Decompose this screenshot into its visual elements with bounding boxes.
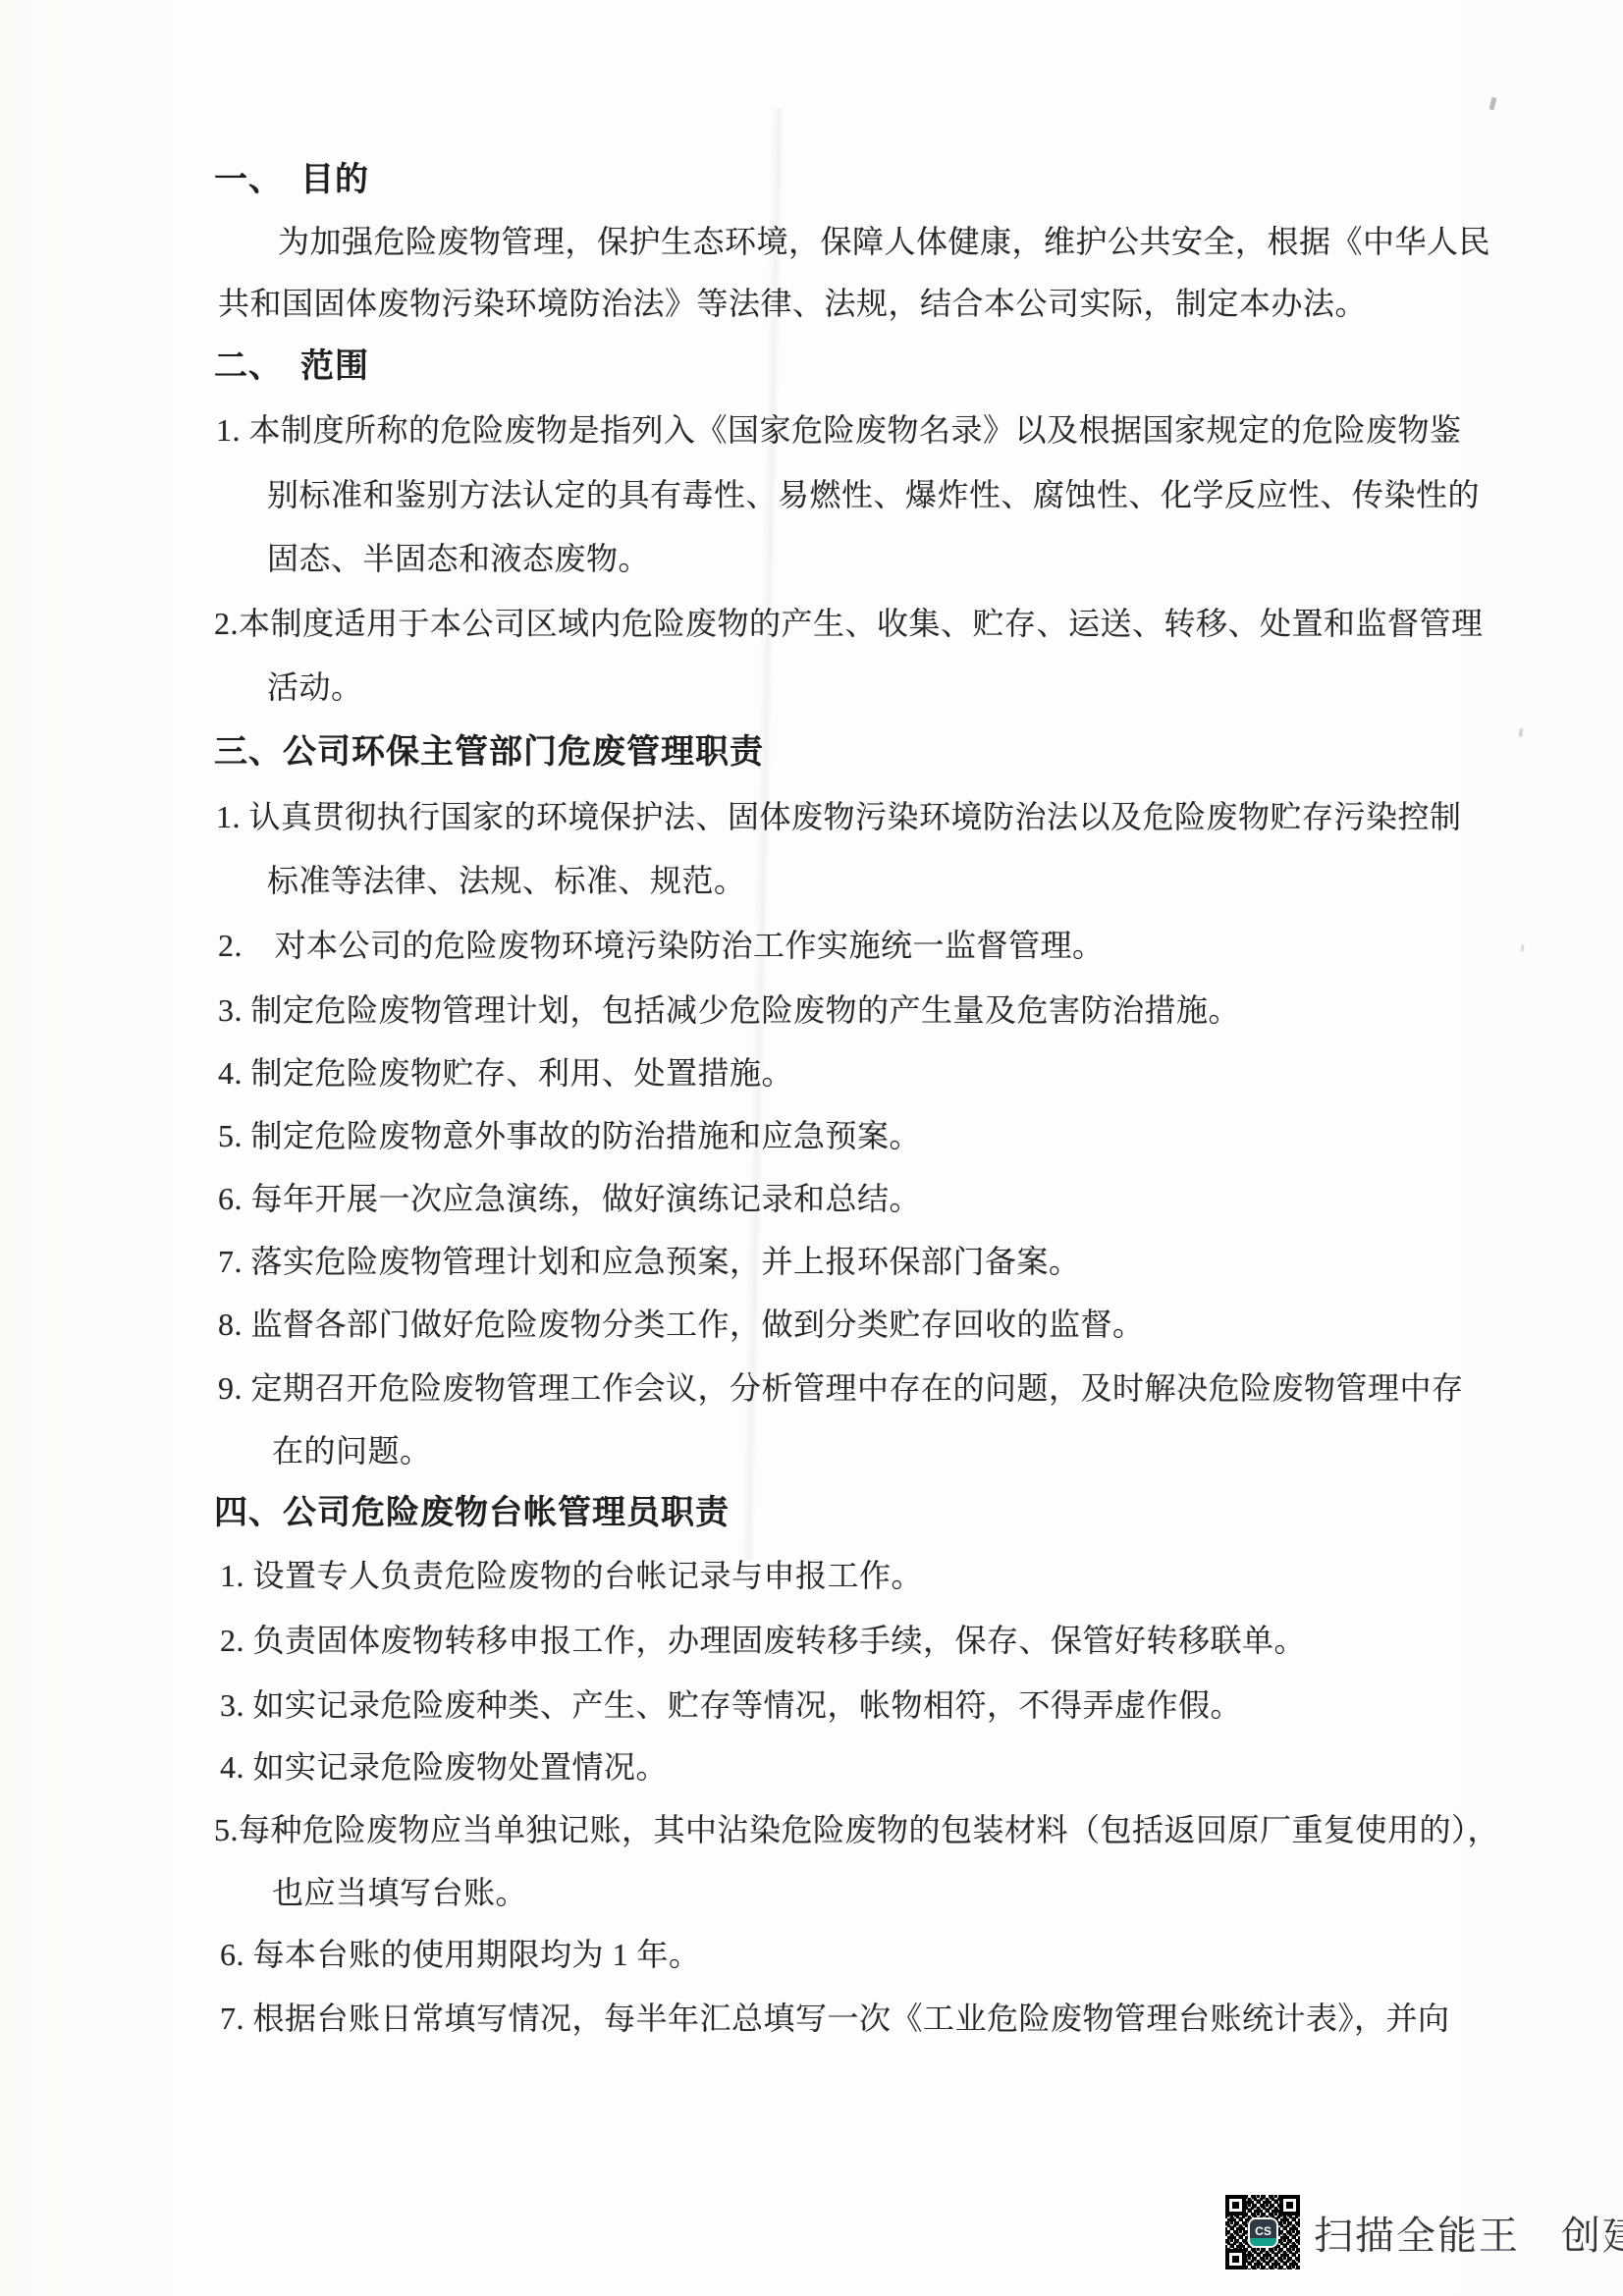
scan-speck (1520, 944, 1524, 952)
section-heading: 一、 目的 (214, 158, 369, 201)
text-line: 在的问题。 (272, 1429, 432, 1472)
text-line: 2.本制度适用于本公司区域内危险废物的产生、收集、贮存、运送、转移、处置和监督管… (214, 602, 1484, 645)
text-line: 别标准和鉴别方法认定的具有毒性、易燃性、爆炸性、腐蚀性、化学反应性、传染性的 (267, 473, 1480, 516)
scanner-footer: CS 扫描全能王 创建 (1225, 2195, 1623, 2269)
scanned-page: 一、 目的为加强危险废物管理，保护生态环境，保障人体健康，维护公共安全，根据《中… (0, 0, 1623, 2296)
text-line: 固态、半固态和液态废物。 (267, 537, 650, 580)
text-line: 1. 设置专人负责危险废物的台帐记录与申报工作。 (220, 1554, 923, 1597)
section-heading: 三、公司环保主管部门危废管理职责 (214, 730, 764, 774)
qr-finder-icon (1225, 2249, 1246, 2269)
camscanner-logo-text: CS (1255, 2224, 1271, 2238)
qr-finder-core (1286, 2202, 1293, 2209)
text-line: 7. 根据台账日常填写情况，每半年汇总填写一次《工业危险废物管理台账统计表》，并… (220, 1997, 1450, 2040)
qr-finder-core (1232, 2202, 1239, 2209)
text-line: 4. 如实记录危险废物处置情况。 (220, 1745, 668, 1789)
qr-finder-icon (1225, 2195, 1246, 2216)
qr-code: CS (1225, 2195, 1300, 2269)
text-line: 也应当填写台账。 (272, 1871, 527, 1914)
text-line: 标准等法律、法规、标准、规范。 (267, 859, 746, 902)
text-line: 8. 监督各部门做好危险废物分类工作，做到分类贮存回收的监督。 (218, 1303, 1145, 1346)
text-line: 3. 制定危险废物管理计划，包括减少危险废物的产生量及危害防治措施。 (218, 988, 1240, 1032)
scanner-credit-text: 扫描全能王 创建 (1314, 2205, 1623, 2261)
text-line: 6. 每本台账的使用期限均为 1 年。 (220, 1933, 701, 1976)
qr-finder-core (1232, 2256, 1239, 2263)
text-line: 2. 对本公司的危险废物环境污染防治工作实施统一监督管理。 (218, 924, 1105, 967)
text-line: 7. 落实危险废物管理计划和应急预案，并上报环保部门备案。 (218, 1240, 1081, 1283)
text-line: 3. 如实记录危险废种类、产生、贮存等情况，帐物相符，不得弄虚作假。 (220, 1683, 1242, 1727)
text-line: 共和国固体废物污染环境防治法》等法律、法规，结合本公司实际，制定本办法。 (218, 282, 1367, 325)
text-line: 4. 制定危险废物贮存、利用、处置措施。 (218, 1051, 793, 1095)
text-line: 6. 每年开展一次应急演练，做好演练记录和总结。 (218, 1177, 921, 1220)
text-line: 1. 本制度所称的危险废物是指列入《国家危险废物名录》以及根据国家规定的危险废物… (216, 408, 1462, 452)
qr-finder-icon (1279, 2195, 1300, 2216)
text-line: 活动。 (267, 666, 363, 709)
text-line: 5.每种危险废物应当单独记账，其中沾染危险废物的包装材料（包括返回原厂重复使用的… (214, 1808, 1499, 1851)
section-heading: 四、公司危险废物台帐管理员职责 (214, 1491, 730, 1534)
text-line: 2. 负责固体废物转移申报工作，办理固废转移手续，保存、保管好转移联单。 (220, 1619, 1306, 1662)
camscanner-logo-icon: CS (1250, 2219, 1276, 2246)
text-line: 9. 定期召开危险废物管理工作会议，分析管理中存在的问题，及时解决危险废物管理中… (218, 1366, 1464, 1410)
section-heading: 二、 范围 (214, 345, 369, 388)
text-line: 为加强危险废物管理，保护生态环境，保障人体健康，维护公共安全，根据《中华人民 (278, 220, 1490, 263)
text-line: 1. 认真贯彻执行国家的环境保护法、固体废物污染环境防治法以及危险废物贮存污染控… (216, 795, 1462, 838)
text-line: 5. 制定危险废物意外事故的防治措施和应急预案。 (218, 1114, 921, 1157)
scan-speck (1518, 728, 1523, 737)
scan-speck (1489, 97, 1497, 111)
